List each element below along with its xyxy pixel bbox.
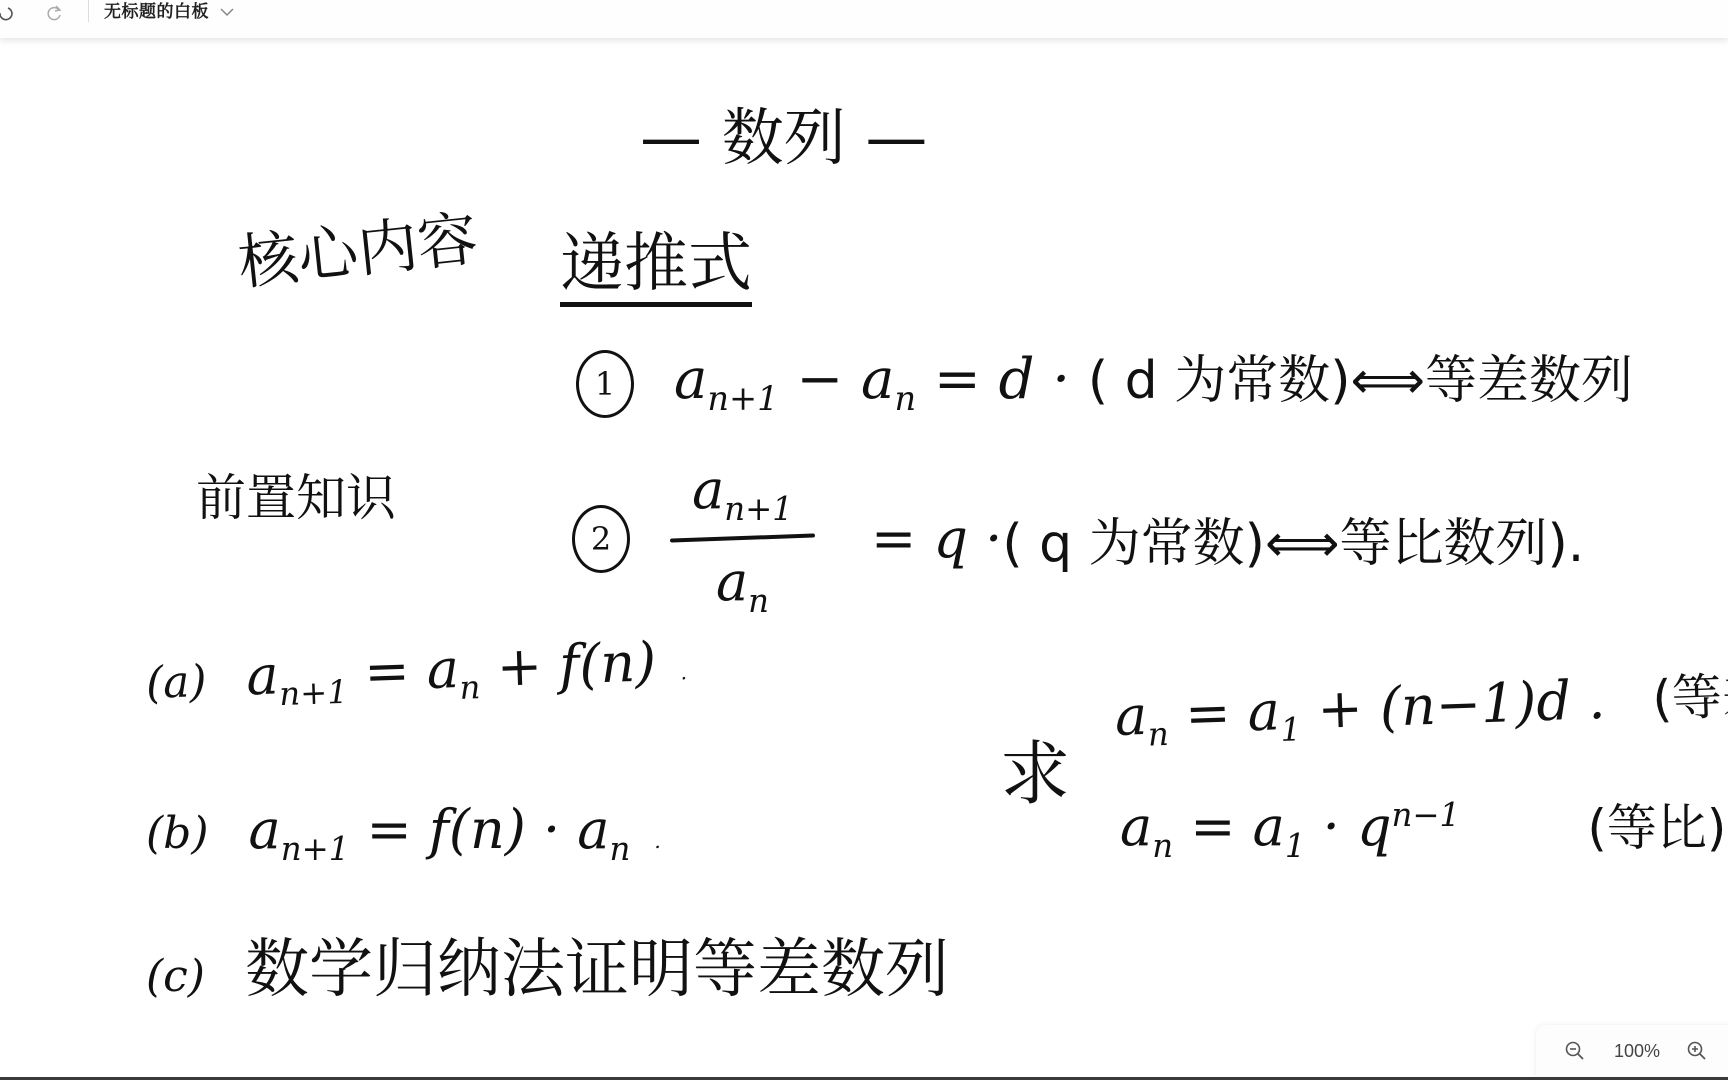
formula2-note: ( q 为常数)⟺等比数列).: [1002, 501, 1584, 576]
top-toolbar: 无标题的白板: [0, 0, 1728, 38]
redo-icon: [46, 4, 64, 22]
toolbar-divider: [88, 0, 89, 22]
ratio-fraction: an+1 an: [670, 458, 815, 620]
zoom-out-icon: [1564, 1040, 1586, 1062]
zoom-level[interactable]: 100%: [1614, 1041, 1660, 1062]
formula-geometric-recursion: 2 an+1 an = q · ( q 为常数)⟺等比数列).: [572, 458, 1584, 620]
arithmetic-note: (等差): [1651, 665, 1728, 728]
general-term-arithmetic: an = a1 + (n−1)d . (等差): [1114, 654, 1728, 754]
recursion-title: 递推式: [560, 228, 752, 307]
chevron-down-icon: [219, 7, 235, 17]
general-term-geometric: an = a1 · qn−1 (等比): [1120, 788, 1726, 865]
redo-button[interactable]: [42, 2, 68, 24]
find-label: 求: [1000, 718, 1070, 819]
item-b: (b)an+1 = f(n) · an.: [146, 798, 661, 868]
item-c: (c)数学归纳法证明等差数列: [146, 918, 949, 1010]
board-heading: — 数列 —: [640, 88, 927, 177]
zoom-out-button[interactable]: [1558, 1034, 1592, 1068]
formula1-note: ( d 为常数)⟺等差数列: [1088, 351, 1633, 411]
geometric-note: (等比): [1587, 799, 1726, 857]
board-title-dropdown[interactable]: 无标题的白板: [104, 1, 235, 23]
undo-icon: [0, 4, 14, 22]
core-content-label: 核心内容: [234, 191, 482, 302]
zoom-in-icon: [1686, 1040, 1708, 1062]
zoom-in-button[interactable]: [1680, 1034, 1714, 1068]
board-title: 无标题的白板: [104, 1, 209, 23]
undo-button[interactable]: [0, 2, 18, 24]
circled-number-1: 1: [576, 350, 634, 418]
prerequisite-label: 前置知识: [196, 458, 396, 530]
zoom-control: 100%: [1536, 1025, 1728, 1077]
whiteboard-canvas[interactable]: — 数列 — 核心内容 递推式 1an+1 − an = d · ( d 为常数…: [0, 38, 1728, 1077]
item-a: (a)an+1 = an + f(n).: [145, 629, 688, 718]
circled-number-2: 2: [572, 505, 630, 573]
formula-arithmetic-recursion: 1an+1 − an = d · ( d 为常数)⟺等差数列: [576, 338, 1633, 418]
